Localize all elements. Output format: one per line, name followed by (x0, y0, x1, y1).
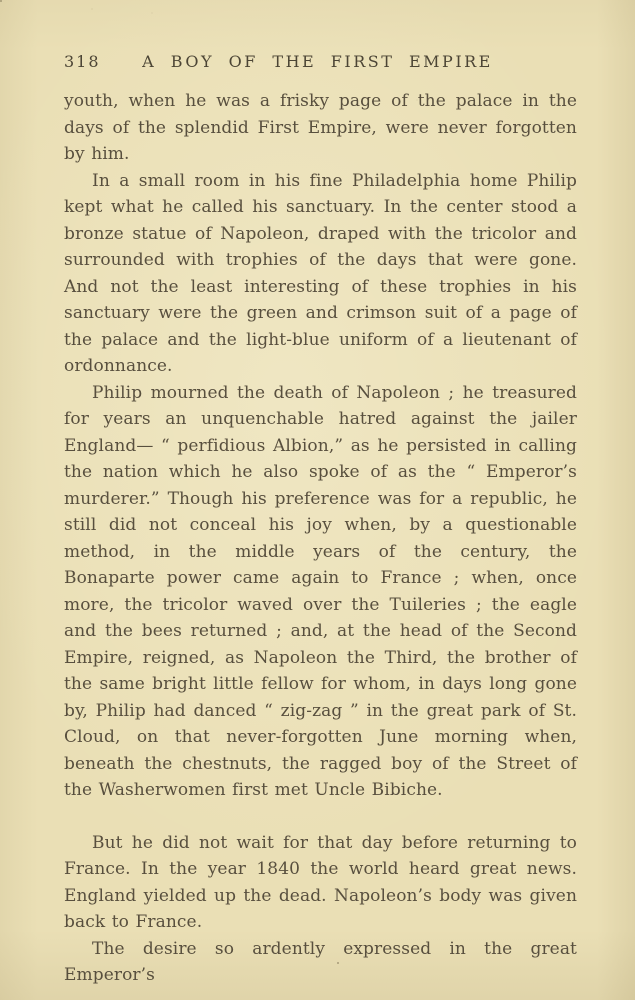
paragraph: But he did not wait for that day before … (64, 830, 577, 936)
paper-specks (0, 0, 1, 1)
text-block: youth, when he was a frisky page of the … (64, 88, 577, 989)
paragraph: In a small room in his fine Philadelphia… (64, 168, 577, 380)
paragraph: Philip mourned the death of Napoleon ; h… (64, 380, 577, 804)
page-header: 318 A BOY OF THE FIRST EMPIRE (0, 52, 635, 74)
paragraph: The desire so ardently expressed in the … (64, 936, 577, 989)
running-title: A BOY OF THE FIRST EMPIRE (0, 52, 635, 71)
book-page: 318 A BOY OF THE FIRST EMPIRE youth, whe… (0, 0, 635, 1000)
paragraph: youth, when he was a frisky page of the … (64, 88, 577, 168)
